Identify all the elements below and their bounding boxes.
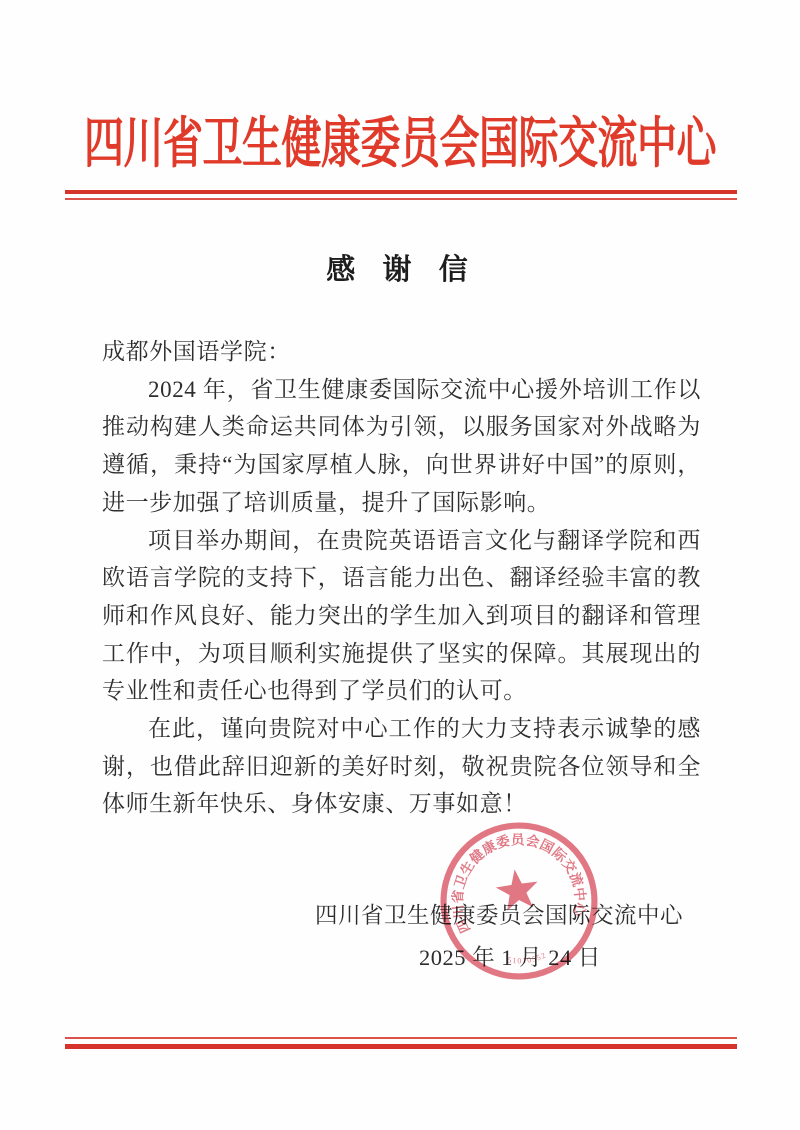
seal-serial-number: 51010552 (506, 950, 549, 968)
letter-title: 感 谢 信 (0, 249, 800, 291)
footer-rule-thin (65, 1037, 737, 1039)
paragraph-1: 2024 年，省卫生健康委国际交流中心援外培训工作以推动构建人类命运共同体为引领… (102, 371, 701, 522)
paragraph-2: 项目举办期间，在贵院英语语言文化与翻译学院和西欧语言学院的支持下，语言能力出色、… (102, 522, 701, 711)
letterhead-rule-top-thick (65, 190, 737, 194)
footer-rule-thick (65, 1044, 737, 1049)
salutation: 成都外国语学院： (102, 333, 701, 371)
seal-star-icon (494, 866, 541, 911)
paragraph-3: 在此，谨向贵院对中心工作的大力支持表示诚挚的感谢，也借此辞旧迎新的美好时刻，敬祝… (102, 710, 701, 823)
letterhead-rule-top-thin (65, 198, 737, 200)
letter-body: 成都外国语学院： 2024 年，省卫生健康委国际交流中心援外培训工作以推动构建人… (102, 333, 701, 823)
official-seal-stamp: 四川省卫生健康委员会国际交流中心 51010552 (426, 808, 611, 993)
letterhead-org-name: 四川省卫生健康委员会国际交流中心 (0, 103, 800, 186)
letter-page: 四川省卫生健康委员会国际交流中心 感 谢 信 成都外国语学院： 2024 年，省… (0, 0, 800, 1130)
